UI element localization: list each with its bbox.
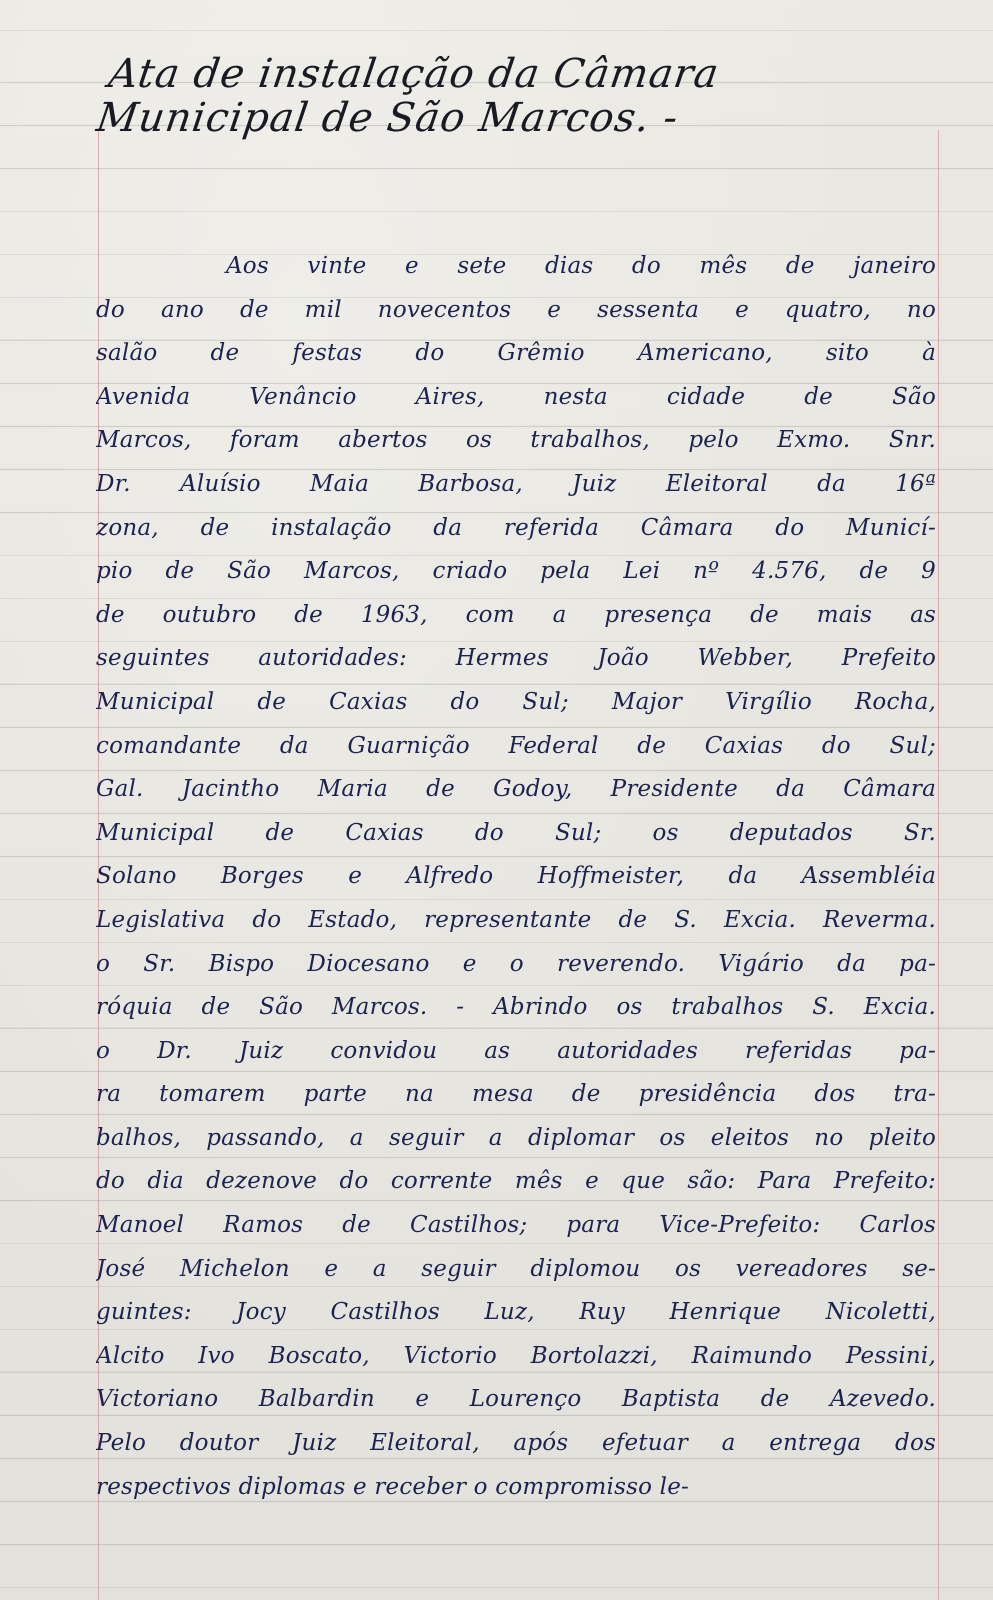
text-line: Dr. Aluísio Maia Barbosa, Juiz Eleitoral… <box>96 463 936 507</box>
text-line: José Michelon e a seguir diplomou os ver… <box>96 1248 936 1292</box>
text-line: pio de São Marcos, criado pela Lei nº 4.… <box>96 550 936 594</box>
text-line: Alcito Ivo Boscato, Victorio Bortolazzi,… <box>96 1335 936 1379</box>
text-line: Municipal de Caxias do Sul; Major Virgíl… <box>96 681 936 725</box>
text-line: ra tomarem parte na mesa de presidência … <box>96 1073 936 1117</box>
minutes-body: Aos vinte e sete dias do mês de janeiro … <box>96 245 936 1509</box>
text-line: Aos vinte e sete dias do mês de janeiro <box>96 245 936 289</box>
text-line: Marcos, foram abertos os trabalhos, pelo… <box>96 419 936 463</box>
text-line: Victoriano Balbardin e Lourenço Baptista… <box>96 1378 936 1422</box>
ledger-page: Ata de instalação da Câmara Municipal de… <box>0 0 993 1600</box>
title-line: Ata de instalação da Câmara <box>100 52 926 96</box>
text-line: Legislativa do Estado, representante de … <box>96 899 936 943</box>
text-line: o Sr. Bispo Diocesano e o reverendo. Vig… <box>96 943 936 987</box>
text-line: guintes: Jocy Castilhos Luz, Ruy Henriqu… <box>96 1291 936 1335</box>
text-line: salão de festas do Grêmio Americano, sit… <box>96 332 936 376</box>
text-line: o Dr. Juiz convidou as autoridades refer… <box>96 1030 936 1074</box>
text-line: Gal. Jacintho Maria de Godoy, Presidente… <box>96 768 936 812</box>
text-line: balhos, passando, a seguir a diplomar os… <box>96 1117 936 1161</box>
text-line: respectivos diplomas e receber o comprom… <box>96 1466 936 1510</box>
text-line: Avenida Venâncio Aires, nesta cidade de … <box>96 376 936 420</box>
text-line: Pelo doutor Juiz Eleitoral, após efetuar… <box>96 1422 936 1466</box>
text-line: comandante da Guarnição Federal de Caxia… <box>96 725 936 769</box>
text-line: de outubro de 1963, com a presença de ma… <box>96 594 936 638</box>
text-line: do dia dezenove do corrente mês e que sã… <box>96 1160 936 1204</box>
text-line: róquia de São Marcos. - Abrindo os traba… <box>96 986 936 1030</box>
text-line: seguintes autoridades: Hermes João Webbe… <box>96 637 936 681</box>
text-line: Municipal de Caxias do Sul; os deputados… <box>96 812 936 856</box>
document-title: Ata de instalação da Câmara Municipal de… <box>94 52 926 140</box>
right-margin-line <box>938 130 939 1600</box>
text-line: zona, de instalação da referida Câmara d… <box>96 507 936 551</box>
text-line: do ano de mil novecentos e sessenta e qu… <box>96 289 936 333</box>
title-line: Municipal de São Marcos. - <box>94 96 920 140</box>
text-line: Manoel Ramos de Castilhos; para Vice-Pre… <box>96 1204 936 1248</box>
text-line: Solano Borges e Alfredo Hoffmeister, da … <box>96 855 936 899</box>
